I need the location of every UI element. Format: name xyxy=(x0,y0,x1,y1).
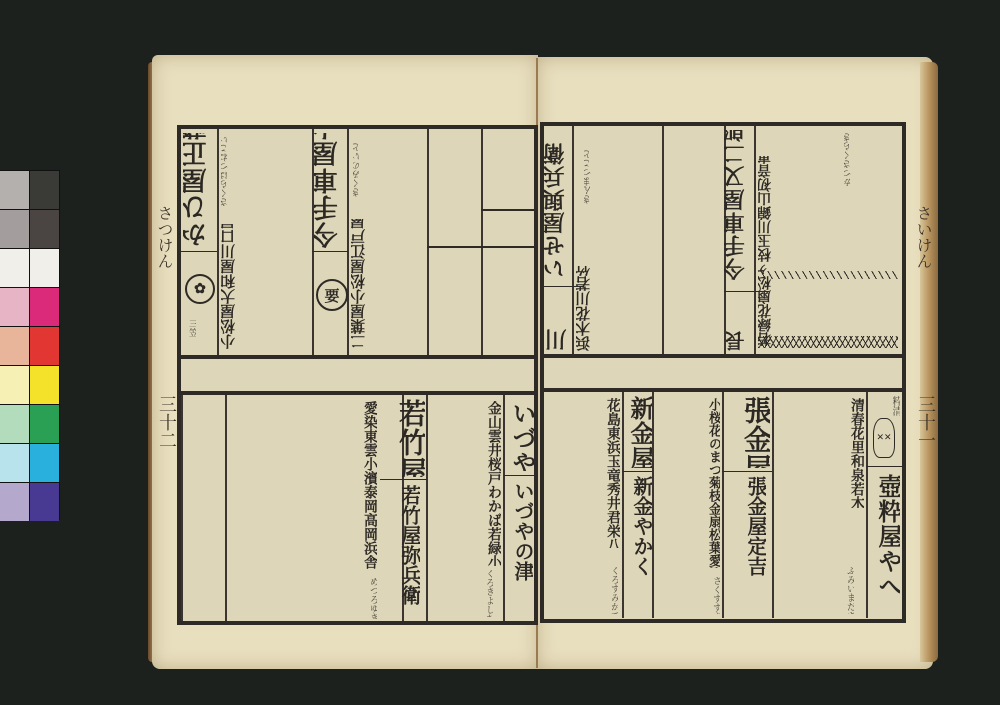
color-chip xyxy=(0,483,29,521)
left-upper-small-lines-1: さくらはつねこいとかつ山 xyxy=(221,137,306,207)
left-page-number: 三十二 xyxy=(153,395,179,449)
color-chip xyxy=(30,444,59,482)
lower-heading-harikaneya: 張金屋 xyxy=(724,396,770,468)
left-upper-divider xyxy=(181,355,534,359)
color-chip xyxy=(30,483,59,521)
right-page-number: 三十一 xyxy=(912,395,938,449)
lower-subheading-shinkaneya: 新金やかく xyxy=(626,476,652,614)
right-upper-divider xyxy=(544,354,902,358)
book-right-edge xyxy=(920,62,938,662)
flower-crest-icon: ✿ xyxy=(185,274,215,304)
left-upper-heading-2: 今手車屋太兵衛 xyxy=(314,133,346,248)
wakatakeya-entries: 愛染東雲小濱泰岡高岡浜舎名代花の香玉里豊住小桜百代吉川南国錦岩井梅野大芳東司作山… xyxy=(229,401,377,569)
wakatakeya-small-lines: めつろゆききく大みねかやのこよし二ふやりてはね xyxy=(229,577,377,619)
color-chip xyxy=(30,327,59,365)
left-page-frame: かひ屋正藏 ✿ 三笠 さくらはつねこいとかつ山 小松屋大和屋川口屋なご屋藤屋 今… xyxy=(177,125,538,625)
right-upper-small-lines-1: きんまつこと xyxy=(584,134,654,204)
shinkaneya-entries: 花島東浜玉竜秀井君栄八千代政吉花山桂木直江小松花紫 xyxy=(546,398,620,548)
lower-subheading-harikaneya: 張金屋定吉 xyxy=(730,476,766,614)
right-upper-crest-2: 長 xyxy=(726,296,756,351)
right-upper-entries-1: 浜木花川若竹小川川竹 xyxy=(576,266,660,351)
tsubosuiya-entries: 清春花里和泉若木小春桜坂清雲八ツ花小ふじ千代 xyxy=(776,398,864,508)
right-upper-heading-1: いせ屋與兵衛 xyxy=(544,130,572,280)
lower-heading-wakatakeya: 若竹屋 xyxy=(379,399,425,477)
left-upper-small-lines-2: きくみのいと xyxy=(353,137,423,197)
izuya-small-lines: くろきよしたつさん xyxy=(433,569,493,617)
right-upper-crest-1: 川 xyxy=(546,291,576,351)
lower-heading-izuya: いづや xyxy=(504,401,534,471)
color-chip xyxy=(30,405,59,443)
lower-heading-shinkaneya: 新金屋 xyxy=(624,396,652,468)
right-upper-entries-2: 若緑花扇松ヶ枝玉川錦山初音東雲若鶴花咲 xyxy=(758,156,898,346)
izuya-entries: 金山雲井桜戸わかば若緑小糸小春常磐喜蔵清春佐川花染小萩錦江三芳若菊 xyxy=(429,401,501,566)
color-chip xyxy=(30,288,59,326)
tsubosuiya-small-lines: ふみいまださちすかたつ xyxy=(784,566,854,614)
shinkaneya-small-lines: くろすみかてつやりてとよ xyxy=(548,566,618,614)
left-upper-entries-1: 小松屋大和屋川口屋なご屋藤屋 xyxy=(221,224,309,349)
color-chip xyxy=(30,366,59,404)
harikaneya-small-lines: さくすすきかく xyxy=(656,576,720,614)
color-chip xyxy=(30,249,59,287)
color-chip xyxy=(0,405,29,443)
zigzag-border xyxy=(758,271,898,279)
right-upper-heading-2: 今手車屋又二郎 xyxy=(724,130,754,280)
color-chip xyxy=(30,210,59,248)
color-chip xyxy=(0,171,29,209)
lower-subheading-izuya: いづやの津 xyxy=(507,481,533,616)
color-chip xyxy=(0,444,29,482)
left-upper-entries-2: 二葉屋小松屋江戸屋山城屋 xyxy=(351,219,425,349)
crest-label: 三笠 xyxy=(187,319,196,349)
right-margin-title: さいけん xyxy=(912,205,935,269)
color-chip xyxy=(0,210,29,248)
character-crest-icon: 要 xyxy=(316,279,348,311)
jar-icon: ✕✕ xyxy=(873,418,895,458)
color-chip xyxy=(0,327,29,365)
left-upper-heading-1: かひ屋正藏 xyxy=(183,133,215,248)
jar-emblem-label: 粋清 xyxy=(872,396,900,416)
color-chip xyxy=(30,171,59,209)
harikaneya-entries: 小桜花のまつ菊枝金扇松葉愛染小松若山室町花人今紫浜家若鶴宮川金竜小車小浦 xyxy=(656,398,720,568)
lower-heading-tsubosuiya: 壺粋屋やへ xyxy=(870,474,900,614)
color-chip xyxy=(0,366,29,404)
right-page-frame: いせ屋與兵衛 川 きんまつこと 浜木花川若竹小川川竹 今手車屋又二郎 長 かつさ… xyxy=(540,122,906,623)
color-chip xyxy=(0,288,29,326)
color-chip xyxy=(0,249,29,287)
lower-subheading-wakatakeya: 若竹屋弥兵衛 xyxy=(384,485,420,615)
left-margin-title: さつけん xyxy=(153,205,176,269)
lattice-border xyxy=(758,336,898,348)
color-checker-card xyxy=(0,170,60,520)
left-middle-divider xyxy=(181,391,534,395)
